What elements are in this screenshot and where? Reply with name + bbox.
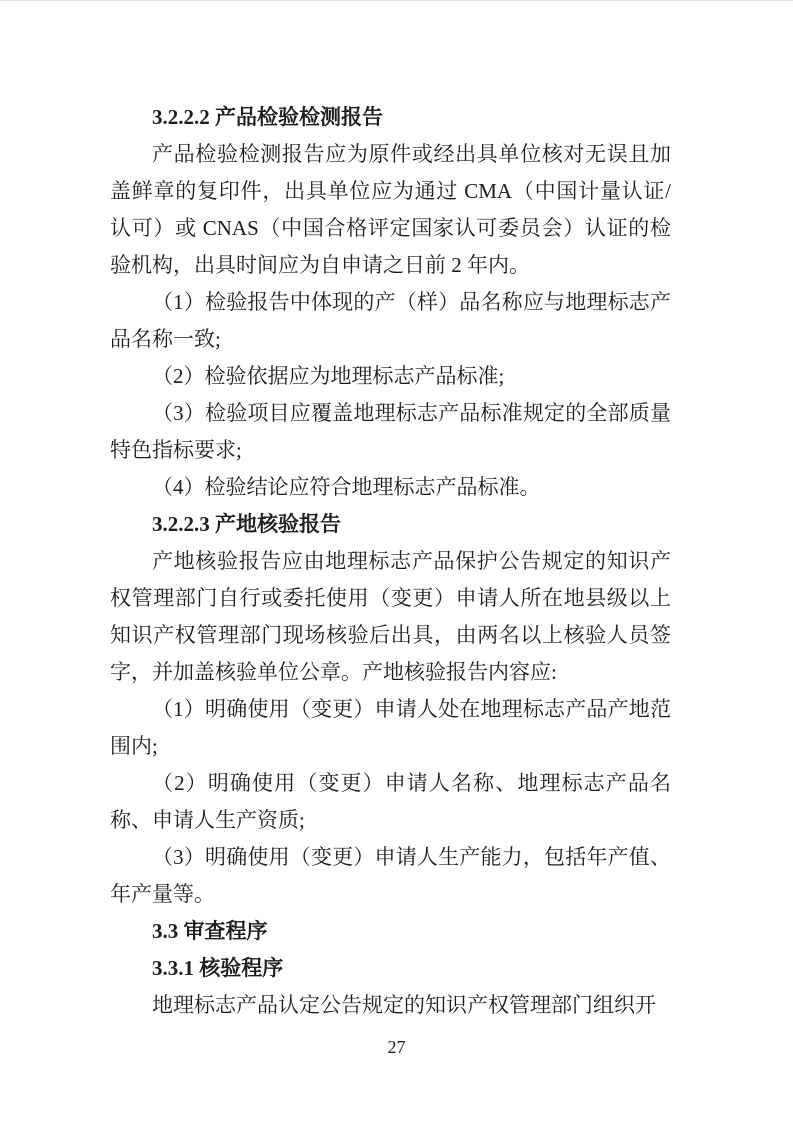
section-heading: 3.2.2.3 产地核验报告 — [110, 506, 671, 543]
body-paragraph: 产地核验报告应由地理标志产品保护公告规定的知识产权管理部门自行或委托使用（变更）… — [110, 543, 671, 691]
body-paragraph: （1）明确使用（变更）申请人处在地理标志产品产地范围内; — [110, 691, 671, 765]
body-paragraph: 地理标志产品认定公告规定的知识产权管理部门组织开 — [110, 987, 671, 1024]
body-paragraph: （4）检验结论应符合地理标志产品标准。 — [110, 469, 671, 506]
section-heading: 3.3.1 核验程序 — [110, 950, 671, 987]
document-page: 3.2.2.2 产品检验检测报告产品检验检测报告应为原件或经出具单位核对无误且加… — [0, 0, 793, 1122]
body-paragraph: （3）检验项目应覆盖地理标志产品标准规定的全部质量特色指标要求; — [110, 395, 671, 469]
document-body: 3.2.2.2 产品检验检测报告产品检验检测报告应为原件或经出具单位核对无误且加… — [110, 99, 671, 1024]
section-heading: 3.2.2.2 产品检验检测报告 — [110, 99, 671, 136]
section-heading: 3.3 审查程序 — [110, 913, 671, 950]
body-paragraph: （3）明确使用（变更）申请人生产能力，包括年产值、年产量等。 — [110, 839, 671, 913]
body-paragraph: 产品检验检测报告应为原件或经出具单位核对无误且加盖鲜章的复印件，出具单位应为通过… — [110, 136, 671, 284]
body-paragraph: （2）明确使用（变更）申请人名称、地理标志产品名称、申请人生产资质; — [110, 765, 671, 839]
page-number: 27 — [0, 1036, 793, 1058]
body-paragraph: （1）检验报告中体现的产（样）品名称应与地理标志产品名称一致; — [110, 284, 671, 358]
body-paragraph: （2）检验依据应为地理标志产品标准; — [110, 358, 671, 395]
